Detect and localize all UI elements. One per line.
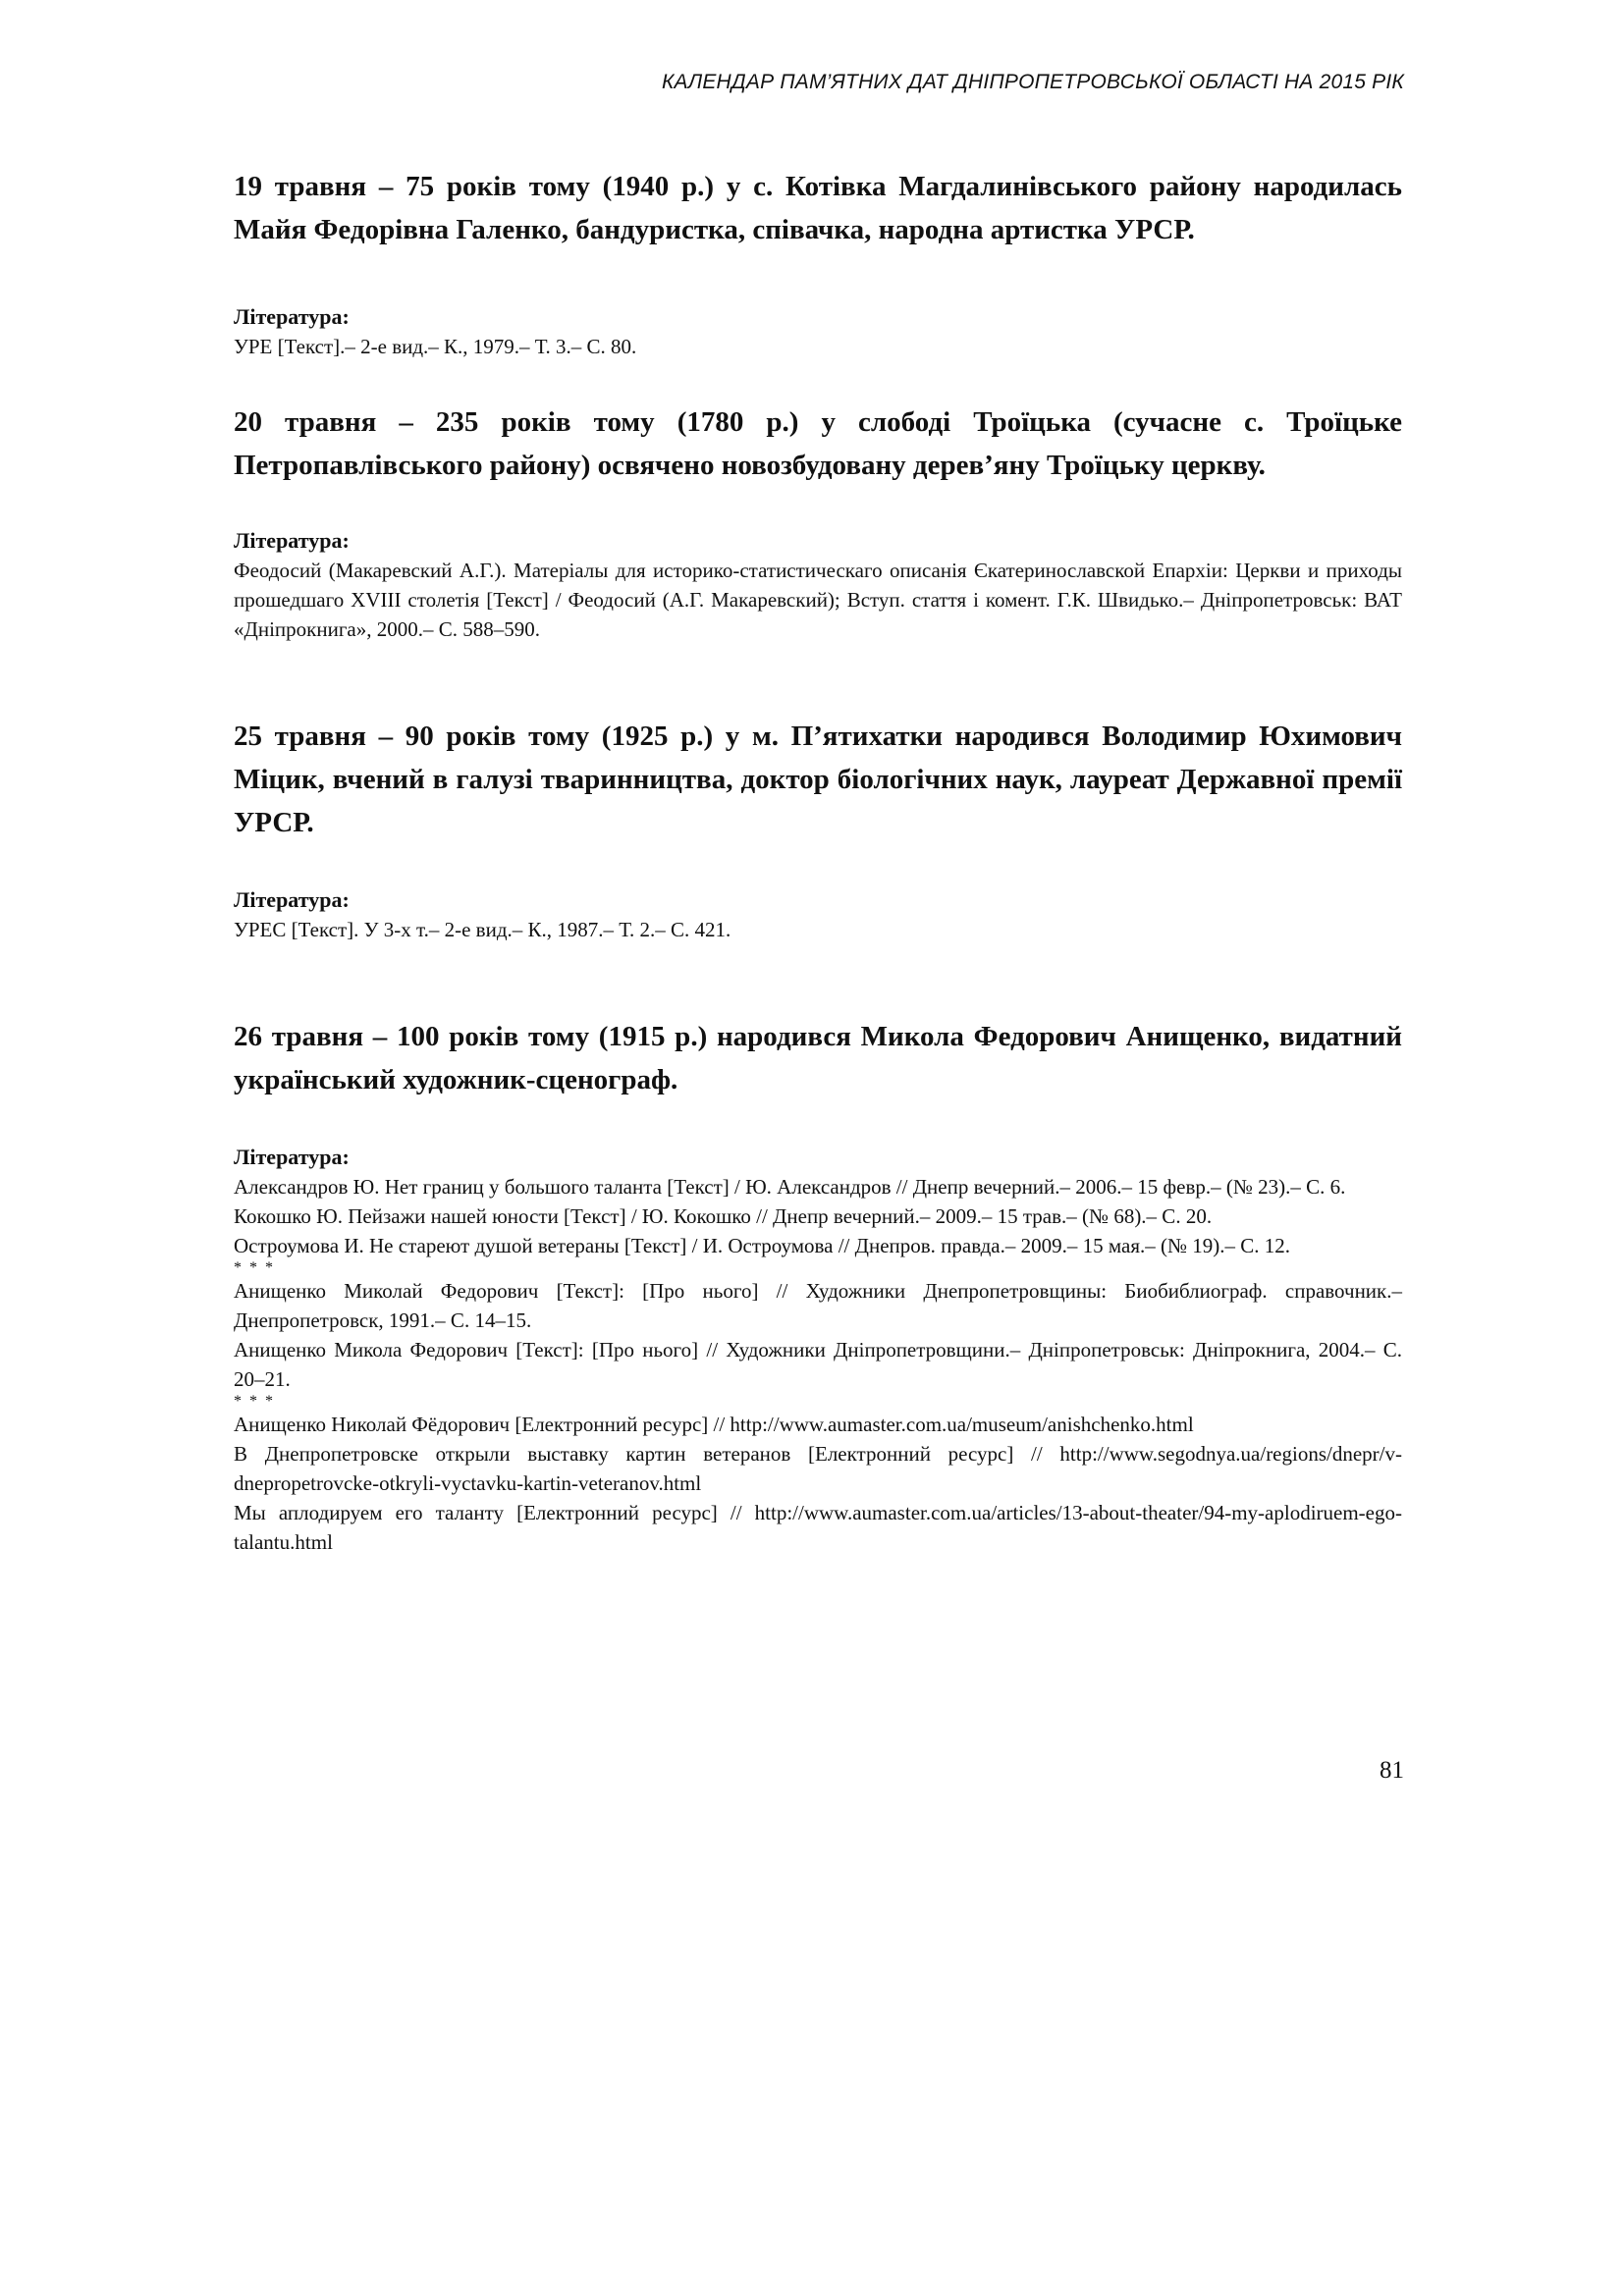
event-heading: 25 травня – 90 років тому (1925 р.) у м.… (234, 715, 1402, 844)
calendar-entry: 25 травня – 90 років тому (1925 р.) у м.… (234, 715, 1402, 944)
section-separator: * * * (234, 1260, 1402, 1276)
literature-item: Остроумова И. Не стареют душой ветераны … (234, 1231, 1402, 1260)
calendar-entry: 19 травня – 75 років тому (1940 р.) у с.… (234, 165, 1402, 361)
literature-item: Феодосий (Макаревский А.Г.). Матеріалы д… (234, 556, 1402, 644)
literature-item: Александров Ю. Нет границ у большого тал… (234, 1172, 1402, 1201)
literature-item: Анищенко Миколай Федорович [Текст]: [Про… (234, 1276, 1402, 1335)
literature-label: Література: (234, 1143, 1402, 1172)
event-heading: 19 травня – 75 років тому (1940 р.) у с.… (234, 165, 1402, 251)
literature-label: Література: (234, 885, 1402, 915)
literature-item: УРЕС [Текст]. У 3-х т.– 2-е вид.– К., 19… (234, 915, 1402, 944)
page-content: 19 травня – 75 років тому (1940 р.) у с.… (234, 165, 1402, 1557)
event-heading: 20 травня – 235 років тому (1780 р.) у с… (234, 400, 1402, 487)
running-header: КАЛЕНДАР ПАМ’ЯТНИХ ДАТ ДНІПРОПЕТРОВСЬКОЇ… (589, 71, 1404, 94)
section-separator: * * * (234, 1394, 1402, 1410)
calendar-entry: 20 травня – 235 років тому (1780 р.) у с… (234, 400, 1402, 644)
literature-item-link: Анищенко Николай Фёдорович [Електронний … (234, 1410, 1402, 1439)
literature-label: Література: (234, 526, 1402, 556)
literature-item: Анищенко Микола Федорович [Текст]: [Про … (234, 1335, 1402, 1394)
literature-item: Кокошко Ю. Пейзажи нашей юности [Текст] … (234, 1201, 1402, 1231)
literature-item-link: В Днепропетровске открыли выставку карти… (234, 1439, 1402, 1498)
literature-item: УРЕ [Текст].– 2-е вид.– К., 1979.– Т. 3.… (234, 332, 1402, 361)
literature-label: Література: (234, 302, 1402, 332)
calendar-entry: 26 травня – 100 років тому (1915 р.) нар… (234, 1015, 1402, 1557)
page-number: 81 (1335, 1757, 1404, 1785)
event-heading: 26 травня – 100 років тому (1915 р.) нар… (234, 1015, 1402, 1101)
literature-item-link: Мы аплодируем его таланту [Електронний р… (234, 1498, 1402, 1557)
